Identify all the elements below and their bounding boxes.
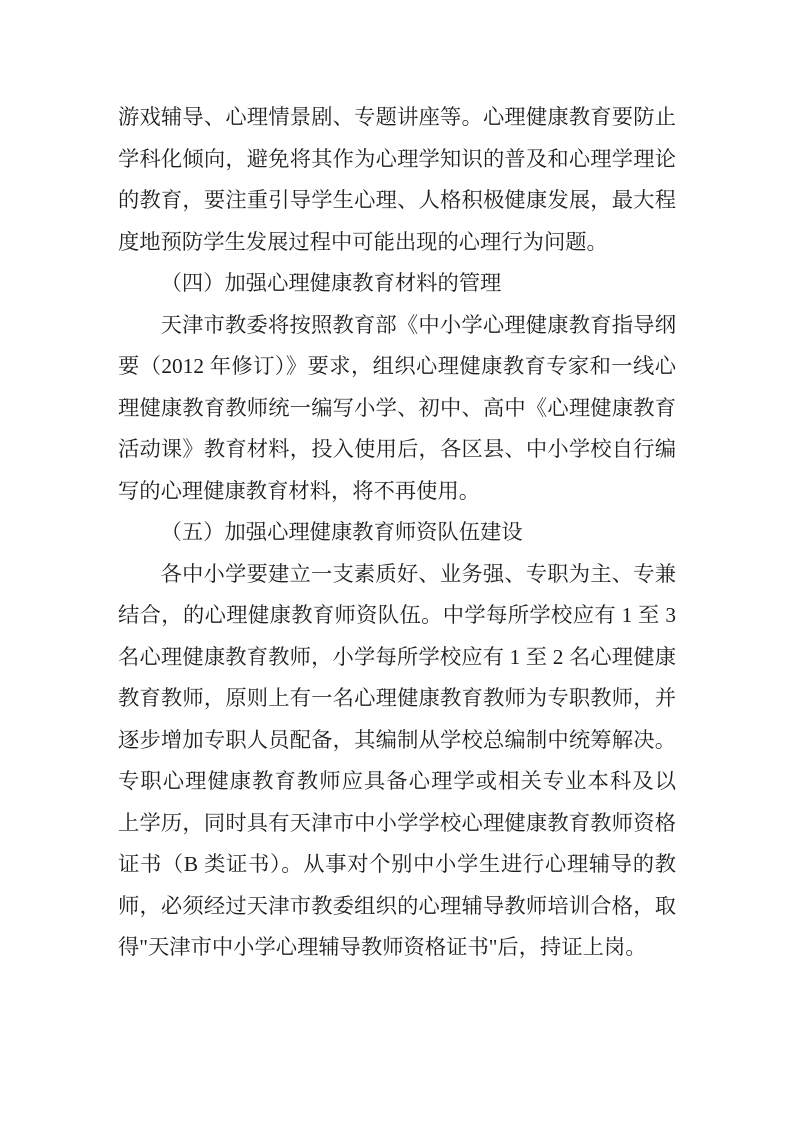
doc-line: 学科化倾向，避免将其作为心理学知识的普及和心理学理论: [118, 139, 676, 181]
doc-line: 得"天津市中小学心理辅导教师资格证书"后，持证上岗。: [118, 927, 676, 969]
doc-line: 教育教师，原则上有一名心理健康教育教师为专职教师，并: [118, 678, 676, 720]
doc-line: 逐步增加专职人员配备，其编制从学校总编制中统筹解决。: [118, 720, 676, 762]
doc-line: 写的心理健康教育材料，将不再使用。: [118, 471, 676, 513]
doc-line: 天津市教委将按照教育部《中小学心理健康教育指导纲: [118, 305, 676, 347]
a4-document-page: 游戏辅导、心理情景剧、专题讲座等。心理健康教育要防止 学科化倾向，避免将其作为心…: [118, 97, 676, 969]
doc-line: 证书（B 类证书）。从事对个别中小学生进行心理辅导的教: [118, 844, 676, 886]
doc-line: 的教育，要注重引导学生心理、人格积极健康发展，最大程: [118, 180, 676, 222]
doc-line: 度地预防学生发展过程中可能出现的心理行为问题。: [118, 222, 676, 264]
doc-line: 名心理健康教育教师，小学每所学校应有 1 至 2 名心理健康: [118, 637, 676, 679]
doc-line: 理健康教育教师统一编写小学、初中、高中《心理健康教育: [118, 388, 676, 430]
doc-line: 上学历，同时具有天津市中小学学校心理健康教育教师资格: [118, 803, 676, 845]
doc-line: 游戏辅导、心理情景剧、专题讲座等。心理健康教育要防止: [118, 97, 676, 139]
doc-line: 师，必须经过天津市教委组织的心理辅导教师培训合格，取: [118, 886, 676, 928]
doc-line: 活动课》教育材料，投入使用后，各区县、中小学校自行编: [118, 429, 676, 471]
doc-line: 结合，的心理健康教育师资队伍。中学每所学校应有 1 至 3: [118, 595, 676, 637]
doc-line: 专职心理健康教育教师应具备心理学或相关专业本科及以: [118, 761, 676, 803]
section-heading: （四）加强心理健康教育材料的管理: [118, 263, 676, 305]
doc-line: 各中小学要建立一支素质好、业务强、专职为主、专兼: [118, 554, 676, 596]
doc-line: 要（2012 年修订）》要求，组织心理健康教育专家和一线心: [118, 346, 676, 388]
section-heading: （五）加强心理健康教育师资队伍建设: [118, 512, 676, 554]
